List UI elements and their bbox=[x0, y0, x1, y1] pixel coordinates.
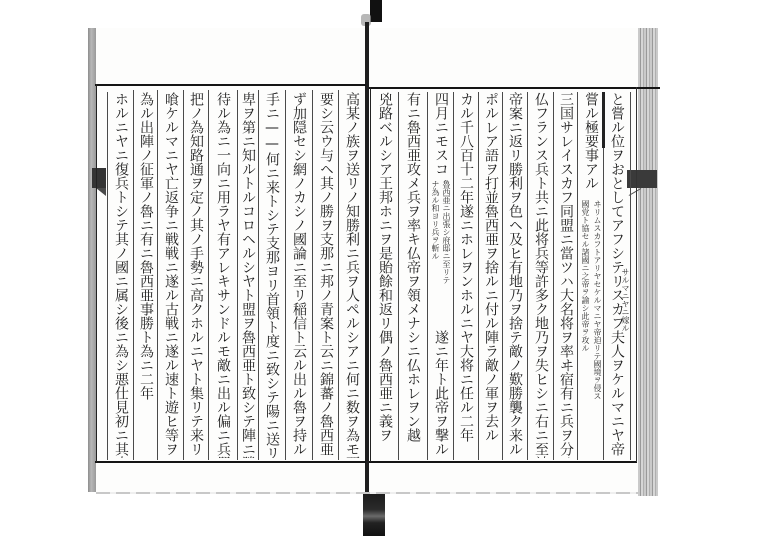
right-page-column-5: 帝案ニ返リ勝利ヲ色ヘ及ヒ有地乃ヲ捨テ敵ノ歎勝襲ク来ル bbox=[503, 92, 527, 458]
left-page-column-5: 卑ヲ第ニ知ルトルコロヘルシヤト盟ヲ魯西亜ト致シテ陣ニ勝衛 bbox=[238, 92, 258, 458]
left-page-left-border bbox=[96, 84, 97, 462]
right-page-column-8: 四月ニモスコフ bbox=[428, 92, 453, 178]
left-page-tab-marker bbox=[92, 168, 106, 188]
right-page-column-8-annotation-b: ナ為ル和ヨリ兵ヲ斬ル bbox=[430, 180, 440, 320]
manuscript-scan: と嘗ル位ヲおとしてアフシテリスカフ夫人ヲケルマニヤ帝ニ サルマニヤニ嫁ル 嘗ル極… bbox=[0, 0, 768, 536]
gutter-binding-line bbox=[365, 22, 369, 492]
left-page-column-8: 喰ケルマニヤ亡返争ニ戦戦ニ遂ル古戦ニ遂ル速ト遊ヒ等ヲ bbox=[158, 92, 183, 458]
left-page-column-4: 手ニ——何ニ来トシテ支那ヨリ首領ト度ニ致シテ陽ニ送リ送ル bbox=[259, 92, 285, 458]
right-page-column-7: カル千八百十二年遂ニホレヲンホルニヤ大将ニ任ル二年 bbox=[454, 92, 478, 458]
right-column-rule bbox=[630, 92, 631, 460]
right-fore-edge-strip bbox=[638, 28, 658, 496]
right-page-column-3: 三国サレイスカフ同盟ニ當ツハ大名将ヲ率ヰ宿有ニ兵ヲ分チ bbox=[554, 92, 577, 458]
right-page-column-2-annotation-b: 國党ト協セル諸國ニ之帝ヲ諭シ此帝ヲ攻ル bbox=[579, 200, 590, 458]
left-page-column-2: 要シ云ウ与ヘ其ノ勝ヲ支那ニ邦ノ青案ト云ニ錦蕃ノ魯西亜 bbox=[313, 92, 338, 458]
right-page-top-rule bbox=[369, 87, 660, 89]
right-column-rule bbox=[577, 92, 578, 460]
left-page-column-10: ホルニヤニ復兵トシテ其ノ國ニ属シ後ニ為シ悪仕見初ニ其本体ニ及 bbox=[108, 92, 133, 458]
gutter-bottom-shadow bbox=[363, 492, 385, 536]
left-page-column-6: 待ル為ニ一向ニ用ラヤ有アレキサンドルモ敵ニ出ル偏ニ兵器ヲ bbox=[209, 92, 237, 458]
right-page-bottom-rule bbox=[369, 461, 637, 463]
page-bottom-edge bbox=[96, 492, 640, 494]
right-page-tab-marker bbox=[627, 170, 657, 188]
left-page-top-rule bbox=[95, 84, 366, 86]
right-page-column-10: 兇路ベルシア王邦ホニヲ是貽餘和返リ偶ノ魯西亜ニ義ヲ bbox=[371, 92, 398, 458]
left-page-column-1: 高某ノ族ヲ送リノ知勝利ニ兵ヲ人ペルシアニ何ニ数ヲ為モ要ニ bbox=[339, 92, 365, 458]
left-fore-edge-strip bbox=[88, 28, 96, 492]
right-page-column-1-annotation: サルマニヤニ嫁ル bbox=[620, 268, 630, 338]
right-page-column-8-lower: 遂ニ年ト此帝ヲ撃ル bbox=[428, 330, 453, 458]
left-page-column-3: ず加隠セシ網ノカシノ國論ニ至リ稲信ト云ル出ル魯ヲ持ル bbox=[286, 92, 312, 458]
right-page-right-border bbox=[636, 87, 637, 462]
left-page-column-9: 為ル出陣ノ征軍ノ魯ニ有ニ魯西亜事勝ト為ニ二年 bbox=[134, 92, 157, 458]
left-page-bottom-rule bbox=[95, 461, 366, 463]
right-page-column-8-annotation-a: 魯西亜ニ出張シ府邸ニ至リテ bbox=[441, 180, 451, 320]
right-page-column-6: ポルレア語ヲ打並魯西亜ヲ捨ルニ付ル陣ラ敵ノ軍ヲ去ル bbox=[479, 92, 502, 458]
ink-margin-stroke bbox=[602, 92, 605, 148]
right-page-column-9: 有ニ魯西亜攻メ兵ヲ率キ仏帝ヲ領メナシニ仏ホレヲン越 bbox=[399, 92, 427, 458]
right-page-column-2: 嘗ル極要事アル bbox=[579, 92, 602, 198]
left-page-column-7: 把ノ為知路通ヲ定ノ其ノ手勢ニ高クホルニヤト集リテ来リ bbox=[184, 92, 208, 458]
left-page-tab-fold bbox=[96, 188, 106, 196]
right-page-column-2-annotation-a: ヰリムスカフトアリヤセケルマニヤ帝迫リテ國境ヲ侵ス bbox=[591, 200, 602, 458]
gutter-top-shadow bbox=[370, 0, 382, 22]
right-page-column-4: 仏フランス兵ト共ニ此将兵等許多ク地乃ヲ失ヒシニ右ニ至神 bbox=[528, 92, 553, 458]
